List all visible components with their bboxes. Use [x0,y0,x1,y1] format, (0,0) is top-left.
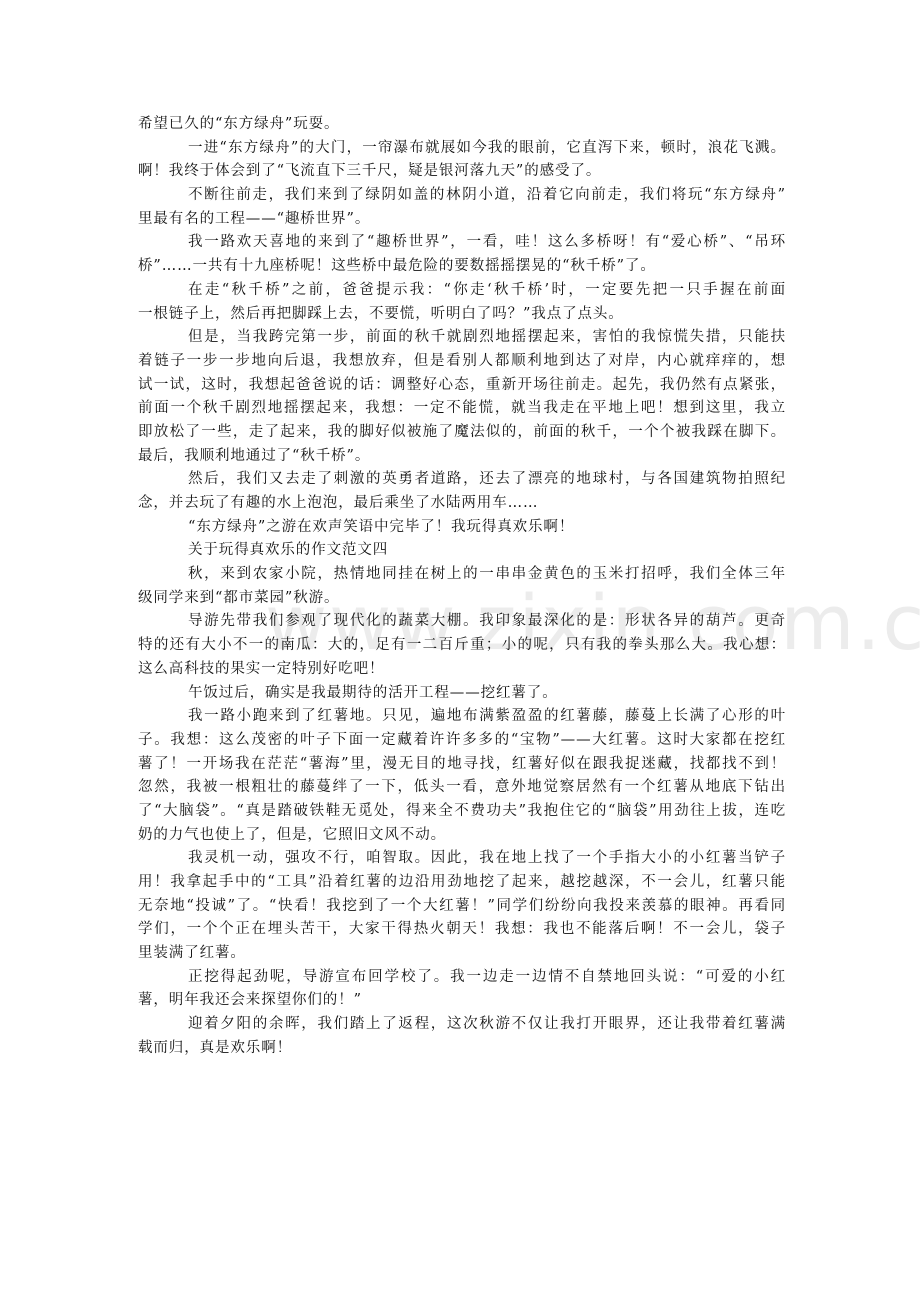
text-line: 即放松了一些，走了起来，我的脚好似被施了魔法似的，前面的秋千，一个个被我踩在脚下… [138,421,786,445]
text-line: 里最有名的工程——“趣桥世界”。 [138,208,786,232]
text-line: 特的还有大小不一的南瓜：大的，足有一二百斤重；小的呢，只有我的拳头那么大。我心想… [138,634,786,658]
text-line: 学们，一个个正在埋头苦干，大家干得热火朝天！我想：我也不能落后啊！不一会儿，袋子 [138,918,786,942]
document-page: www.zixin.com.cn 希望已久的“东方绿舟”玩耍。一进“东方绿舟”的… [0,0,920,1302]
paragraph-first-line: 迎着夕阳的余晖，我们踏上了返程，这次秋游不仅让我打开眼界，还让我带着红薯满 [138,1013,786,1037]
text-line: 载而归，真是欢乐啊！ [138,1037,786,1061]
text-line: 奶的力气也使上了，但是，它照旧文风不动。 [138,824,786,848]
paragraph-first-line: 我灵机一动，强攻不行，咱智取。因此，我在地上找了一个手指大小的小红薯当铲子 [138,847,786,871]
text-line: 子。我想：这么茂密的叶子下面一定藏着许许多多的“宝物”——大红薯。这时大家都在挖… [138,729,786,753]
paragraph-first-line: 导游先带我们参观了现代化的蔬菜大棚。我印象最深化的是：形状各异的葫芦。更奇 [138,610,786,634]
paragraph-first-line: 然后，我们又去走了刺激的英勇者道路，还去了漂亮的地球村，与各国建筑物拍照纪 [138,468,786,492]
paragraph-first-line: 在走“秋千桥”之前，爸爸提示我：“你走‘秋千桥’时，一定要先把一只手握在前面 [138,279,786,303]
text-line: 最后，我顺利地通过了“秋千桥”。 [138,445,786,469]
text-line: 念，并去玩了有趣的水上泡泡，最后乘坐了水陆两用车…… [138,492,786,516]
paragraph-first-line: “东方绿舟”之游在欢声笑语中完毕了！我玩得真欢乐啊！ [138,516,786,540]
text-line: 用！我拿起手中的“工具”沿着红薯的边沿用劲地挖了起来，越挖越深，不一会儿，红薯只… [138,871,786,895]
paragraph-first-line: 秋，来到农家小院，热情地同挂在树上的一串串金黄色的玉米打招呼，我们全体三年 [138,563,786,587]
text-line: 这么高科技的果实一定特别好吃吧！ [138,658,786,682]
text-line: 级同学来到“都市菜园”秋游。 [138,587,786,611]
text-line: 里装满了红薯。 [138,942,786,966]
text-line: 前面一个秋千剧烈地摇摆起来，我想：一定不能慌，就当我走在平地上吧！想到这里，我立 [138,397,786,421]
paragraph-first-line: 正挖得起劲呢，导游宣布回学校了。我一边走一边情不自禁地回头说：“可爱的小红 [138,966,786,990]
text-line: 希望已久的“东方绿舟”玩耍。 [138,113,786,137]
essay-body: 希望已久的“东方绿舟”玩耍。一进“东方绿舟”的大门，一帘瀑布就展如今我的眼前，它… [138,113,786,1061]
text-line: 无奈地“投诚”了。“快看！我挖到了一个大红薯！”同学们纷纷向我投来羡慕的眼神。再… [138,895,786,919]
text-line: 薯了！一开场我在茫茫“薯海”里，漫无目的地寻找，红薯好似在跟我捉迷藏，找都找不到… [138,753,786,777]
text-line: 试一试，这时，我想起爸爸说的话：调整好心态，重新开场往前走。起先，我仍然有点紧张… [138,374,786,398]
text-line: 桥”……一共有十九座桥呢！这些桥中最危险的要数摇摇摆晃的“秋千桥”了。 [138,255,786,279]
paragraph-first-line: 但是，当我跨完第一步，前面的秋千就剧烈地摇摆起来，害怕的我惊慌失措，只能扶 [138,326,786,350]
paragraph-first-line: 关于玩得真欢乐的作文范文四 [138,539,786,563]
paragraph-first-line: 我一路欢天喜地的来到了“趣桥世界”，一看，哇！这么多桥呀！有“爱心桥”、“吊环 [138,231,786,255]
text-line: 一根链子上，然后再把脚踩上去，不要慌，听明白了吗？”我点了点头。 [138,303,786,327]
paragraph-first-line: 不断往前走，我们来到了绿阴如盖的林阴小道，沿着它向前走，我们将玩“东方绿舟” [138,184,786,208]
paragraph-first-line: 我一路小跑来到了红薯地。只见，遍地布满紫盈盈的红薯藤，藤蔓上长满了心形的叶 [138,705,786,729]
paragraph-first-line: 一进“东方绿舟”的大门，一帘瀑布就展如今我的眼前，它直泻下来，顿时，浪花飞溅。 [138,137,786,161]
text-line: 着链子一步一步地向后退，我想放弃，但是看别人都顺利地到达了对岸，内心就痒痒的，想 [138,350,786,374]
text-line: 忽然，我被一根粗壮的藤蔓绊了一下，低头一看，意外地觉察居然有一个红薯从地底下钻出 [138,776,786,800]
text-line: 啊！我终于体会到了“飞流直下三千尺，疑是银河落九天”的感受了。 [138,160,786,184]
text-line: 了“大脑袋”。“真是踏破铁鞋无觅处，得来全不费功夫”我抱住它的“脑袋”用劲往上拔… [138,800,786,824]
paragraph-first-line: 午饭过后，确实是我最期待的活开工程——挖红薯了。 [138,682,786,706]
text-line: 薯，明年我还会来探望你们的！” [138,989,786,1013]
